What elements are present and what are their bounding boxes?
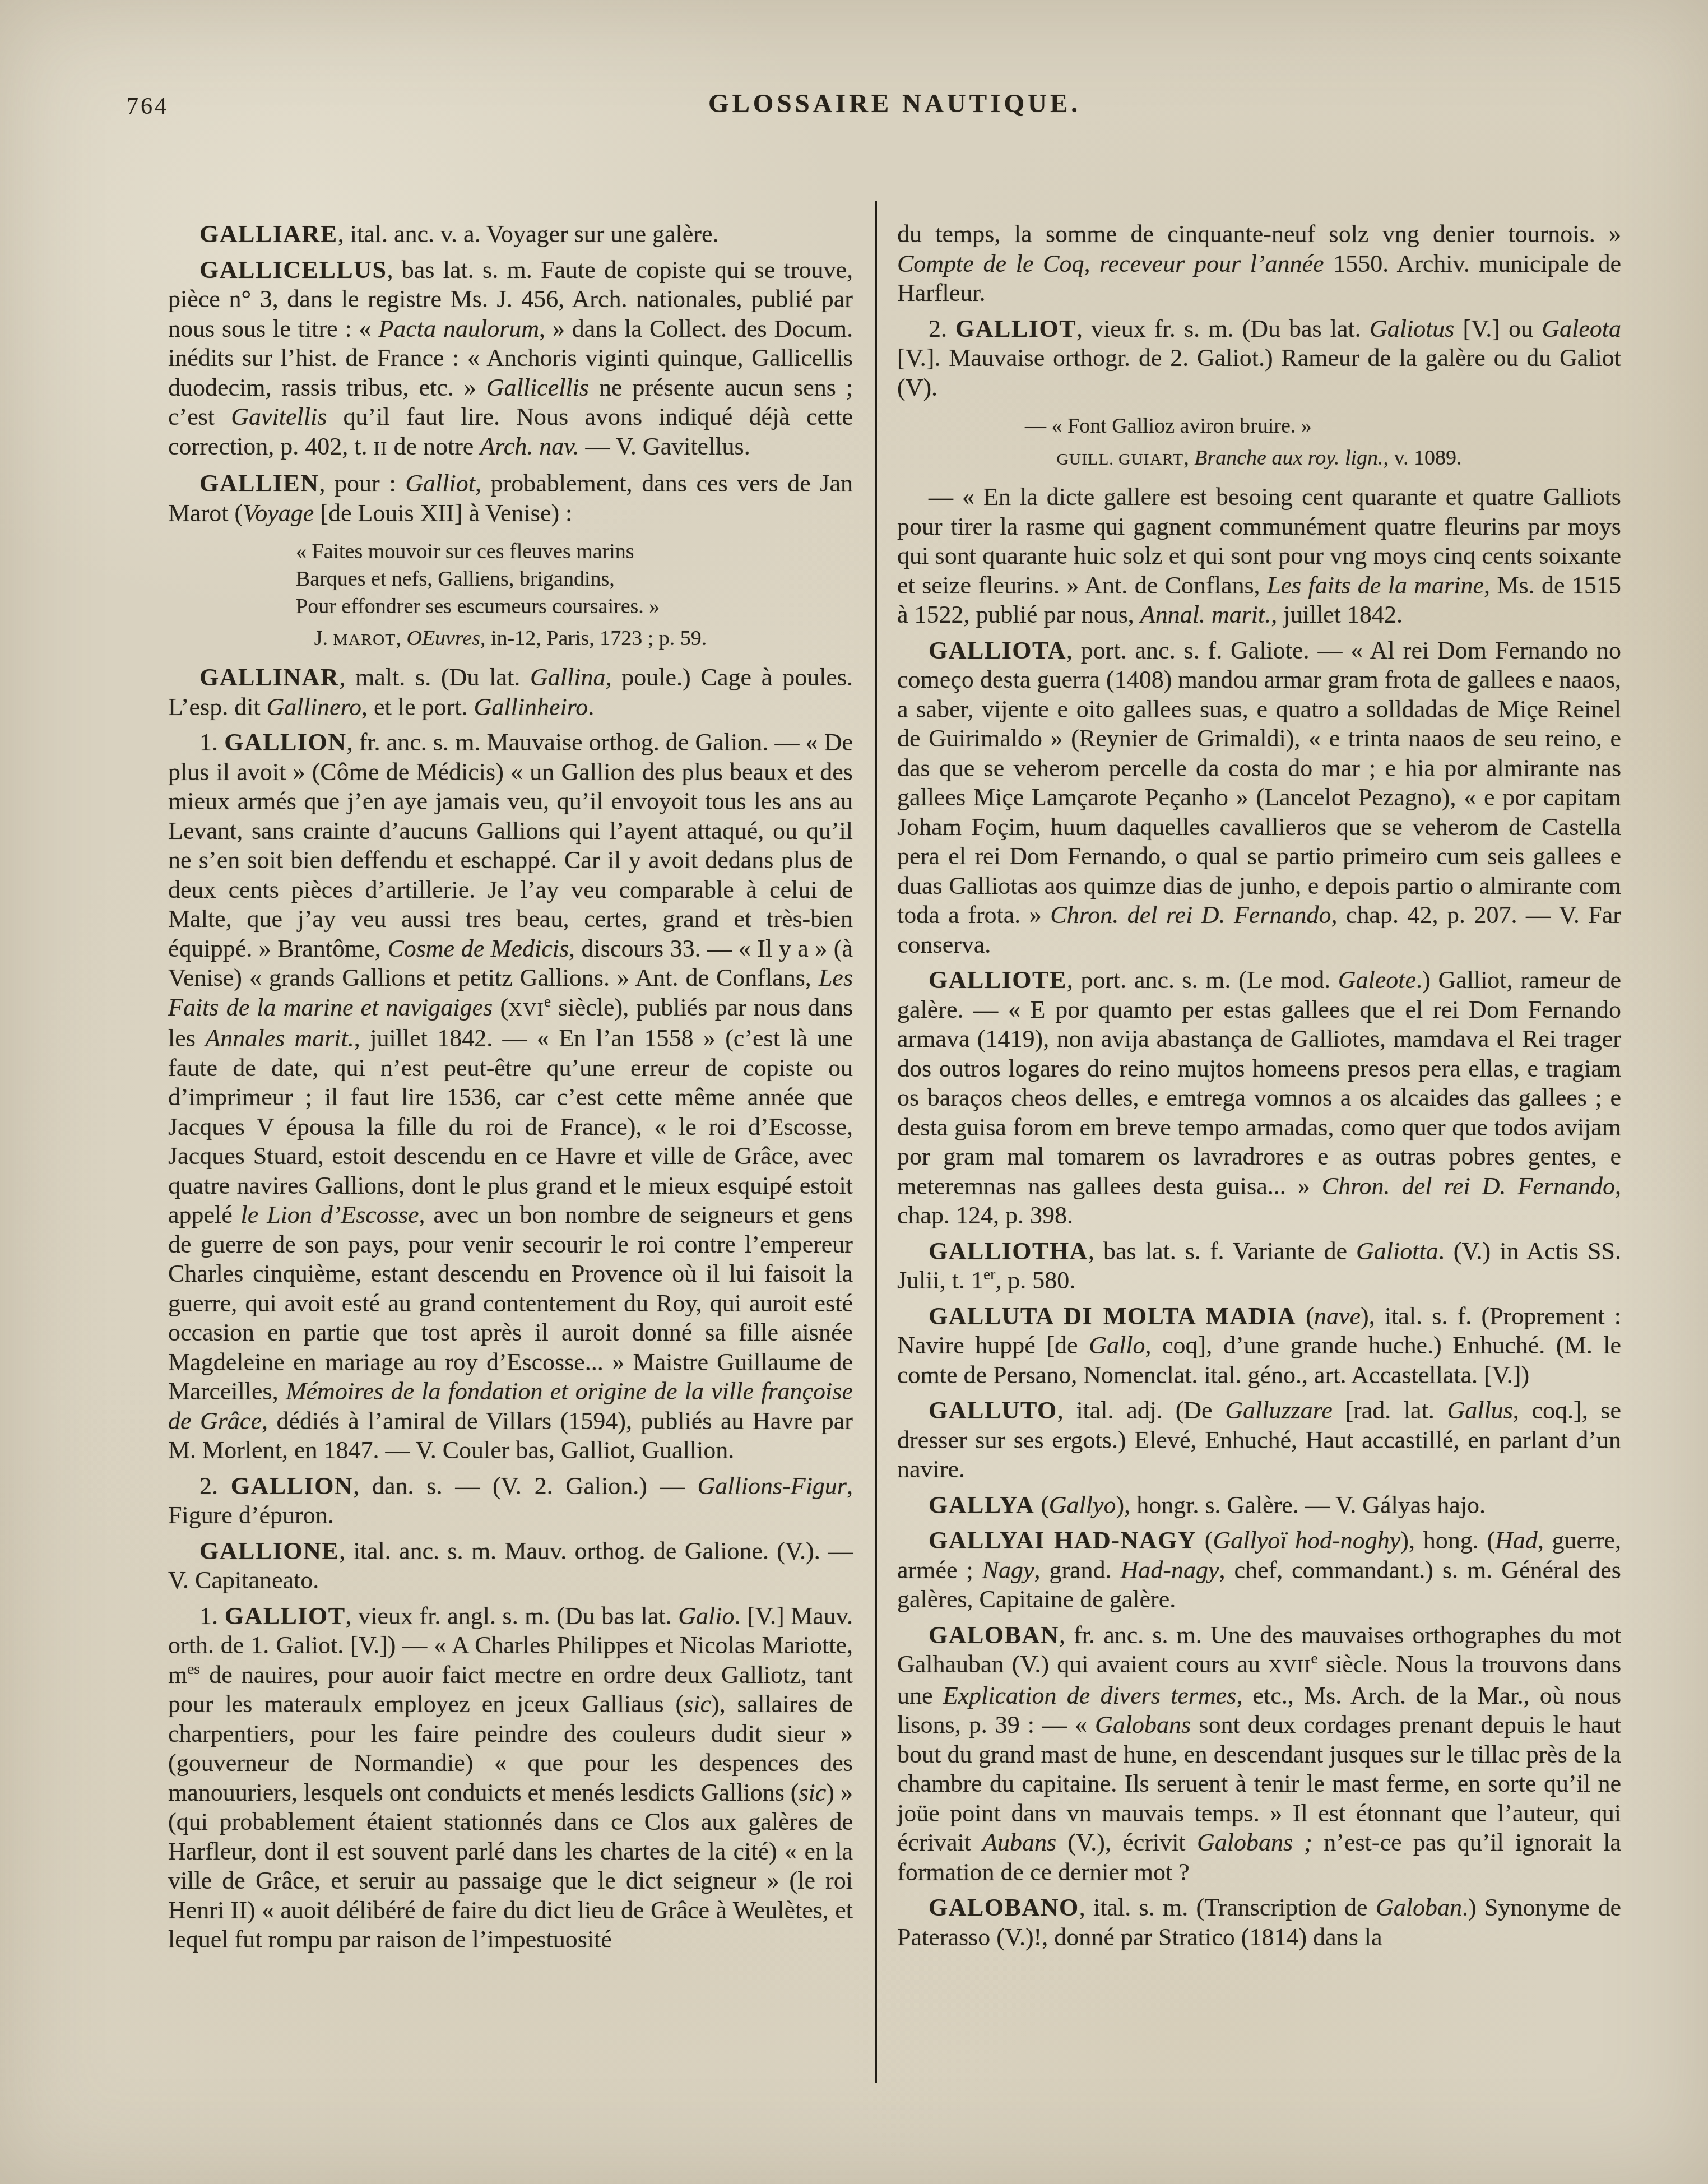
dictionary-entry: 1. GALLIOT, vieux fr. angl. s. m. (Du ba…: [168, 1602, 853, 1955]
entry-headword: GALLINAR: [199, 664, 339, 691]
entry-headword: GALLIARE: [199, 220, 338, 248]
entry-headword: GALLIEN: [199, 470, 319, 497]
dictionary-entry: GALLIOTA, port. anc. s. f. Galiote. — « …: [897, 636, 1621, 960]
citation-line: J. Marot, OEuvres, in-12, Paris, 1723 ; …: [168, 625, 853, 654]
left-column: GALLIARE, ital. anc. v. a. Voyager sur u…: [168, 220, 853, 1955]
dictionary-entry: GALOBAN, fr. anc. s. m. Une des mauvaise…: [897, 1621, 1621, 1888]
entry-headword: GALLION: [224, 729, 346, 756]
dictionary-entry: 2. GALLION, dan. s. — (V. 2. Galion.) — …: [168, 1472, 853, 1531]
entry-headword: GALLIOTHA: [929, 1237, 1088, 1265]
verse-block: — « Font Gallioz aviron bruire. »: [1025, 412, 1621, 440]
entry-headword: GALLIOTE: [929, 966, 1067, 994]
dictionary-entry: 1. GALLION, fr. anc. s. m. Mauvaise orth…: [168, 728, 853, 1466]
entry-headword: GALLIOTA: [929, 637, 1066, 664]
entry-headword: GALLICELLUS: [199, 256, 387, 284]
citation-line: Guill. Guiart, Branche aux roy. lign., v…: [897, 444, 1621, 474]
column-divider: [875, 201, 877, 2083]
entry-number: 2.: [929, 315, 955, 342]
entry-headword: GALLIOT: [955, 315, 1076, 342]
verse-line: Pour effondrer ses escumeurs coursaires.…: [296, 593, 853, 620]
entry-headword: GALLUTA DI MOLTA MADIA: [929, 1302, 1296, 1330]
verse-block: « Faites mouvoir sur ces fleuves marinsB…: [296, 538, 853, 620]
page-root: { "page": { "number": "764", "header": "…: [0, 0, 1708, 2184]
entry-number: 1.: [199, 1602, 225, 1630]
indented-paragraph: — « En la dicte gallere est besoing cent…: [897, 483, 1621, 630]
dictionary-entry: GALLICELLUS, bas lat. s. m. Faute de cop…: [168, 256, 853, 463]
dictionary-entry: GALOBANO, ital. s. m. (Transcription de …: [897, 1893, 1621, 1952]
dictionary-entry: GALLIARE, ital. anc. v. a. Voyager sur u…: [168, 220, 853, 249]
entry-number: 2.: [199, 1472, 231, 1500]
dictionary-entry: GALLIOTE, port. anc. s. m. (Le mod. Gale…: [897, 966, 1621, 1231]
entry-headword: GALOBAN: [929, 1621, 1059, 1649]
dictionary-entry: GALLIONE, ital. anc. s. m. Mauv. orthog.…: [168, 1537, 853, 1596]
entry-headword: GALLYA: [929, 1491, 1034, 1519]
page-number: 764: [127, 93, 169, 120]
dictionary-entry: 2. GALLIOT, vieux fr. s. m. (Du bas lat.…: [897, 314, 1621, 403]
entry-headword: GALLION: [231, 1472, 353, 1500]
right-column: du temps, la somme de cinquante-neuf sol…: [897, 220, 1621, 1952]
dictionary-entry: GALLIEN, pour : Galliot, probablement, d…: [168, 469, 853, 528]
page-header: GLOSSAIRE NAUTIQUE.: [168, 89, 1621, 119]
entry-headword: GALLUTO: [929, 1397, 1057, 1424]
entry-headword: GALLIOT: [225, 1602, 346, 1630]
dictionary-entry: GALLUTO, ital. adj. (De Galluzzare [rad.…: [897, 1396, 1621, 1485]
dictionary-entry: GALLYA (Gallyo), hongr. s. Galère. — V. …: [897, 1491, 1621, 1520]
verse-line: — « Font Gallioz aviron bruire. »: [1025, 412, 1621, 440]
dictionary-entry: GALLINAR, malt. s. (Du lat. Gallina, pou…: [168, 663, 853, 722]
continuation-paragraph: du temps, la somme de cinquante-neuf sol…: [897, 220, 1621, 308]
verse-line: Barques et nefs, Galliens, brigandins,: [296, 565, 853, 593]
entry-number: 1.: [199, 729, 224, 756]
entry-headword: GALLIONE: [199, 1537, 339, 1565]
dictionary-entry: GALLYAI HAD-NAGY (Gallyoï hod-noghy), ho…: [897, 1526, 1621, 1615]
dictionary-entry: GALLIOTHA, bas lat. s. f. Variante de Ga…: [897, 1237, 1621, 1296]
entry-headword: GALLYAI HAD-NAGY: [929, 1527, 1196, 1554]
dictionary-entry: GALLUTA DI MOLTA MADIA (nave), ital. s. …: [897, 1302, 1621, 1390]
verse-line: « Faites mouvoir sur ces fleuves marins: [296, 538, 853, 565]
entry-headword: GALOBANO: [929, 1894, 1079, 1921]
